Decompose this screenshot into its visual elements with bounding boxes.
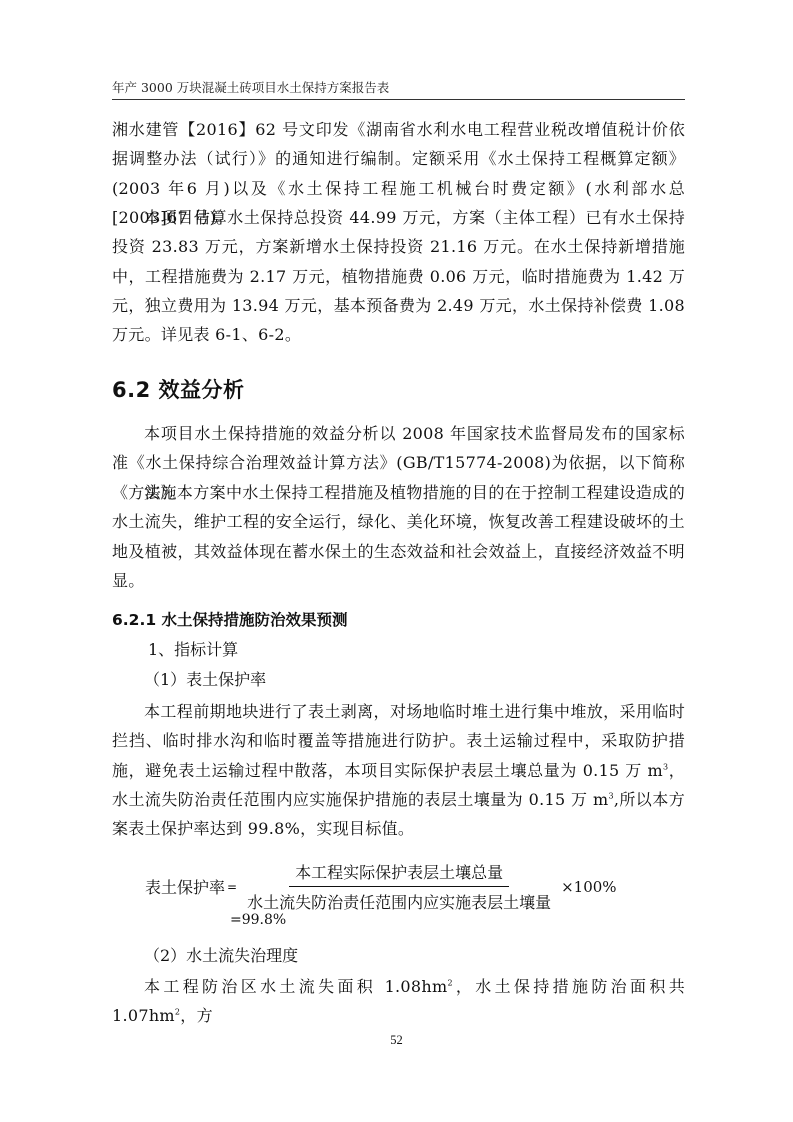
paragraph-investment: 本项目估算水土保持总投资 44.99 万元，方案（主体工程）已有水土保持投资 2…	[112, 203, 685, 349]
header-divider	[112, 99, 685, 100]
formula-denominator: 水土流失防治责任范围内应实施表层土壤量	[241, 887, 557, 913]
paragraph-text: 本工程前期地块进行了表土剥离，对场地临时堆土进行集中堆放，采用临时拦挡、临时排水…	[112, 697, 685, 843]
formula-result: =99.8%	[230, 912, 286, 928]
item-heading-indicator-calc: 1、指标计算	[148, 637, 238, 660]
section-heading-6-2: 6.2 效益分析	[112, 374, 245, 404]
running-header: 年产 3000 万块混凝土砖项目水土保持方案报告表	[112, 80, 685, 96]
page-number: 52	[0, 1033, 793, 1048]
formula-numerator: 本工程实际保护表层土壤总量	[289, 860, 509, 887]
subsection-heading-6-2-1: 6.2.1 水土保持措施防治效果预测	[112, 608, 348, 630]
text-run: ，方	[180, 1006, 213, 1025]
formula-equals: =	[227, 880, 237, 894]
formula-multiplier: ×100%	[561, 878, 616, 896]
paragraph-text: 本项目估算水土保持总投资 44.99 万元，方案（主体工程）已有水土保持投资 2…	[112, 203, 685, 349]
formula-lhs: 表土保护率	[145, 875, 225, 898]
document-page: 年产 3000 万块混凝土砖项目水土保持方案报告表 湘水建管【2016】62 号…	[0, 0, 793, 1122]
formula-fraction: 本工程实际保护表层土壤总量 水土流失防治责任范围内应实施表层土壤量	[241, 860, 557, 913]
paragraph-text: 本工程防治区水土流失面积 1.08hm2，水土保持措施防治面积共 1.07hm2…	[112, 972, 685, 1031]
paragraph-topsoil: 本工程前期地块进行了表土剥离，对场地临时堆土进行集中堆放，采用临时拦挡、临时排水…	[112, 697, 685, 843]
paragraph-erosion: 本工程防治区水土流失面积 1.08hm2，水土保持措施防治面积共 1.07hm2…	[112, 972, 685, 1031]
item-heading-topsoil-protection: （1）表土保护率	[144, 667, 266, 690]
paragraph-text: 实施本方案中水土保持工程措施及植物措施的目的在于控制工程建设造成的水土流失，维护…	[112, 478, 685, 595]
text-run: 本工程前期地块进行了表土剥离，对场地临时堆土进行集中堆放，采用临时拦挡、临时排水…	[112, 702, 685, 780]
paragraph-purpose: 实施本方案中水土保持工程措施及植物措施的目的在于控制工程建设造成的水土流失，维护…	[112, 478, 685, 595]
topsoil-protection-formula: 表土保护率 = 本工程实际保护表层土壤总量 水土流失防治责任范围内应实施表层土壤…	[145, 860, 617, 913]
text-run: 本工程防治区水土流失面积 1.08hm	[144, 977, 447, 996]
item-heading-erosion-control: （2）水土流失治理度	[144, 943, 298, 966]
